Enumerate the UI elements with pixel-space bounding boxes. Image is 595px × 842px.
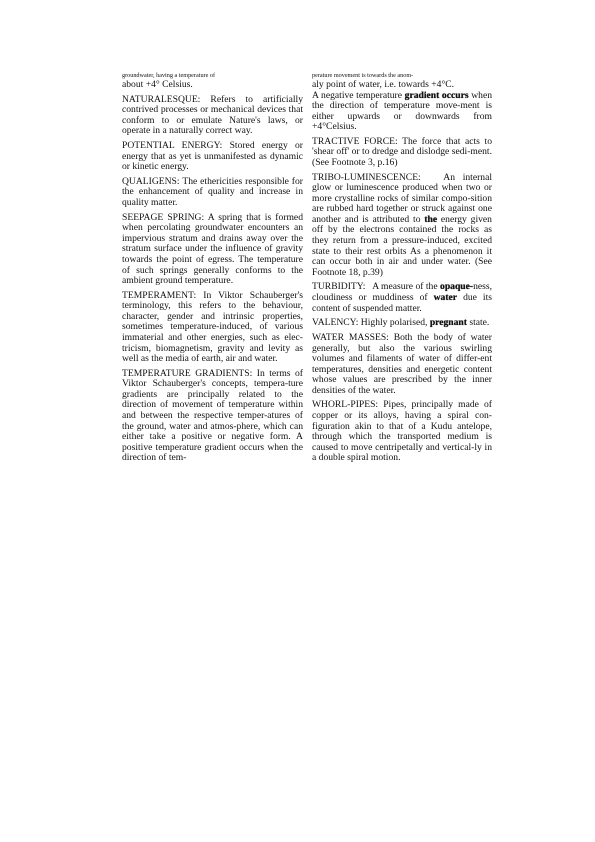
glossary-entry-tractive-force: TRACTIVE FORCE: The force that acts to '…	[312, 137, 492, 169]
entry-term: QUALIGENS:	[122, 176, 180, 187]
glossary-entry-potential-energy: POTENTIAL ENERGY: Stored energy or energ…	[122, 141, 303, 173]
left-column: groundwater, having a temperature of abo…	[122, 72, 303, 468]
entry-definition: A spring that is formed when percolating…	[122, 212, 303, 286]
bold-text: the	[424, 214, 437, 225]
right-column: perature movement is towards the anom- a…	[312, 72, 492, 468]
glossary-entry-temperature-gradients: TEMPERATURE GRADIENTS: In terms of Vikto…	[122, 369, 303, 464]
entry-term: WATER MASSES:	[312, 332, 389, 343]
glossary-entry-naturalesque: NATURALESQUE: Refers to artificially con…	[122, 95, 303, 137]
entry-term: TRACTIVE FORCE:	[312, 136, 398, 147]
glossary-entry-temperament: TEMPERAMENT: In Viktor Schauberger's ter…	[122, 291, 303, 365]
continuation-text: about +4° Celsius.	[122, 79, 193, 90]
entry-term: TEMPERATURE GRADIENTS:	[122, 368, 252, 379]
entry-term: TURBIDITY:	[312, 281, 365, 292]
glossary-entry-turbidity: TURBIDITY: A measure of the opaque-ness,…	[312, 282, 492, 314]
continuation-paragraph: groundwater, having a temperature of abo…	[122, 72, 303, 91]
glossary-entry-water-masses: WATER MASSES: Both the body of water gen…	[312, 333, 492, 396]
negative-gradient-paragraph: A negative temperature gradient occurs w…	[312, 91, 492, 133]
glossary-entry-qualigens: QUALIGENS: The ethericities responsible …	[122, 177, 303, 209]
entry-term: SEEPAGE SPRING:	[122, 212, 204, 223]
entry-definition: state.	[467, 317, 489, 328]
entry-definition: In terms of Viktor Schauberger's concept…	[122, 368, 303, 463]
entry-term: POTENTIAL ENERGY:	[122, 140, 222, 151]
glossary-entry-valency: VALENCY: Highly polarised, pregnant stat…	[312, 318, 492, 329]
bold-text: pregnant	[430, 317, 467, 328]
entry-definition: A measure of the	[372, 281, 440, 292]
entry-definition: Highly polarised,	[361, 317, 430, 328]
entry-term: TRIBO-LUMINESCENCE:	[312, 172, 421, 183]
bold-text: opaque-	[440, 281, 473, 292]
entry-definition: In Viktor Schauberger's terminology, thi…	[122, 290, 303, 364]
bold-text: water	[434, 292, 457, 303]
entry-term: NATURALESQUE:	[122, 94, 200, 105]
glossary-entry-whorl-pipes: WHORL-PIPES: Pipes, principally made of …	[312, 400, 492, 463]
glossary-entry-tribo-luminescence: TRIBO-LUMINESCENCE: An internal glow or …	[312, 173, 492, 278]
continuation-paragraph: perature movement is towards the anom- a…	[312, 72, 492, 91]
paragraph-text: A negative temperature	[312, 90, 405, 101]
glossary-entry-seepage-spring: SEEPAGE SPRING: A spring that is formed …	[122, 213, 303, 287]
entry-term: TEMPERAMENT:	[122, 290, 196, 301]
entry-term: VALENCY:	[312, 317, 358, 328]
bold-text: gradient occurs	[405, 90, 469, 101]
entry-term: WHORL-PIPES:	[312, 399, 378, 410]
